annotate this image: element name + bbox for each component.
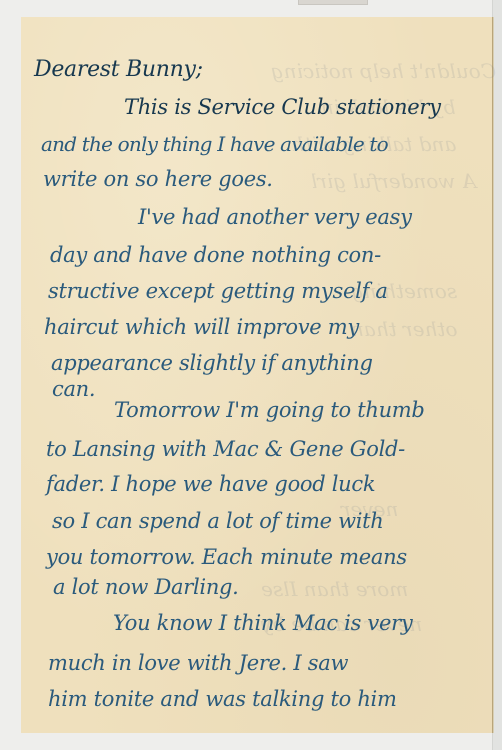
letter-line: to Lansing with Mac & Gene Gold-	[46, 439, 405, 460]
paper-clip-tab	[298, 0, 368, 5]
letter-text: Dearest Bunny; This is Service Club stat…	[21, 17, 492, 733]
letter-line: a lot now Darling.	[53, 577, 239, 598]
letter-line: can.	[52, 379, 95, 400]
letter-line: write on so here goes.	[43, 169, 273, 190]
letter-line: You know I think Mac is very	[113, 613, 412, 634]
letter-line: day and have done nothing con-	[50, 245, 381, 266]
letter-line: appearance slightly if anything	[51, 353, 373, 374]
letter-line: much in love with Jere. I saw	[48, 653, 348, 674]
letter-line: so I can spend a lot of time with	[52, 511, 384, 532]
salutation: Dearest Bunny;	[34, 59, 203, 81]
letter-line: fader. I hope we have good luck	[46, 474, 375, 495]
letter-line: and the only thing I have available to	[41, 134, 388, 154]
scanner-background-edge	[492, 0, 502, 750]
letter-page: Couldn't help noticing by his look in an…	[21, 17, 492, 733]
letter-line: Tomorrow I'm going to thumb	[114, 400, 425, 421]
letter-line: you tomorrow. Each minute means	[46, 547, 407, 568]
letter-line: haircut which will improve my	[44, 317, 359, 338]
letter-line: I've had another very easy	[138, 207, 412, 228]
letter-line: This is Service Club stationery	[124, 97, 441, 118]
letter-line: structive except getting myself a	[48, 281, 388, 302]
letter-line: him tonite and was talking to him	[48, 689, 397, 710]
